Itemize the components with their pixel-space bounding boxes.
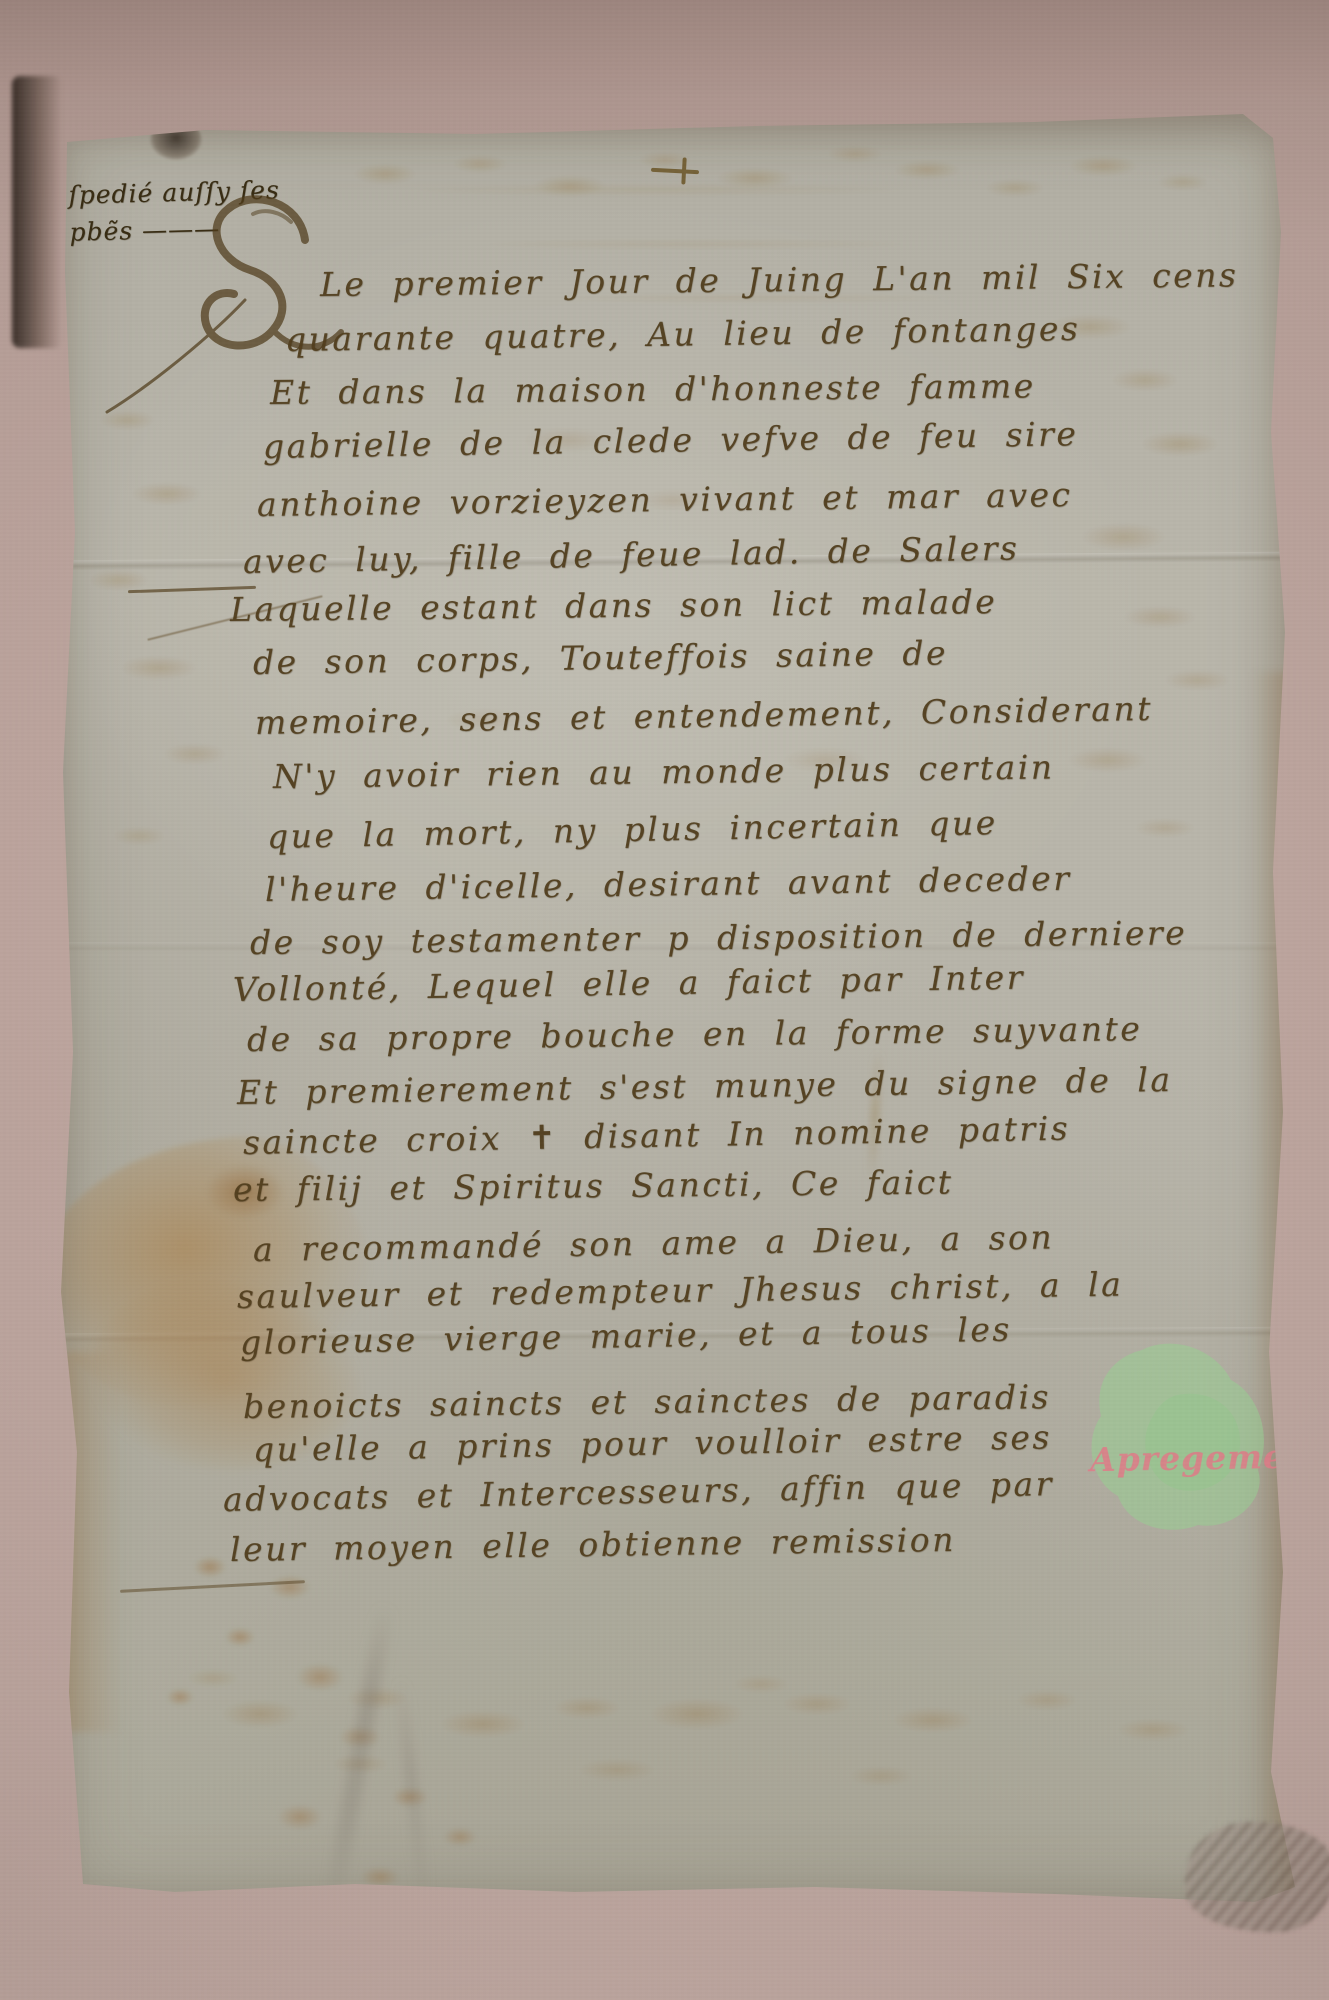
manuscript-line: de soy testamenter p disposition de dern…: [250, 913, 1188, 962]
manuscript-line: quarante quatre, Au lieu de fontanges: [285, 309, 1081, 359]
watermark: Apregemere: [1082, 1340, 1292, 1535]
manuscript-page: ſpedié auſſy ſes pbẽs ——— Le premier Jou…: [55, 112, 1295, 1912]
manuscript-line: N'y avoir rien au monde plus certain: [273, 747, 1055, 796]
edge-ink-specks: [1292, 118, 1329, 468]
manuscript-photo: ſpedié auſſy ſes pbẽs ——— Le premier Jou…: [0, 0, 1329, 2000]
manuscript-line: Le premier Jour de Juing L'an mil Six ce…: [320, 255, 1239, 304]
manuscript-line: Et premierement s'est munye du signe de …: [237, 1060, 1173, 1112]
manuscript-line: avec luy, fille de feue lad. de Salers: [243, 528, 1020, 581]
manuscript-line: leur moyen elle obtienne remission: [230, 1520, 956, 1569]
manuscript-line: saincte croix ✝ disant In nomine patris: [243, 1109, 1071, 1162]
manuscript-line: l'heure d'icelle, desirant avant deceder: [265, 859, 1072, 909]
manuscript-line: gabrielle de la clede vefve de feu sire: [263, 414, 1079, 466]
manuscript-line: saulveur et redempteur Jhesus christ, a …: [237, 1265, 1124, 1316]
manuscript-line: qu'elle a prins pour voulloir estre ses: [253, 1417, 1052, 1469]
manuscript-line: de son corps, Touteffois saine de: [253, 633, 949, 682]
manuscript-line: glorieuse vierge marie, et a tous les: [240, 1310, 1012, 1362]
manuscript-line: Laquelle estant dans son lict malade: [230, 582, 998, 629]
manuscript-line: et filij et Spiritus Sancti, Ce faict: [233, 1162, 954, 1209]
watermark-text: Apregemere: [1090, 1436, 1329, 1480]
manuscript-line: Et dans la maison d'honneste famme: [270, 366, 1036, 412]
underlying-binding-edge: [12, 76, 62, 348]
manuscript-line: de sa propre bouche en la forme suyvante: [247, 1009, 1143, 1059]
manuscript-line: a recommandé son ame a Dieu, a son: [253, 1217, 1055, 1269]
manuscript-text: Le premier Jour de Juing L'an mil Six ce…: [55, 112, 1295, 1912]
manuscript-line: que la mort, ny plus incertain que: [267, 803, 998, 856]
manuscript-line: Vollonté, Lequel elle a faict par Inter: [233, 958, 1025, 1009]
manuscript-line: memoire, sens et entendement, Consideran…: [255, 689, 1154, 742]
manuscript-line: advocats et Intercesseurs, affin que par: [223, 1464, 1055, 1519]
manuscript-line: anthoine vorzieyzen vivant et mar avec: [257, 475, 1073, 524]
crumpled-corner: [1185, 1822, 1329, 1932]
